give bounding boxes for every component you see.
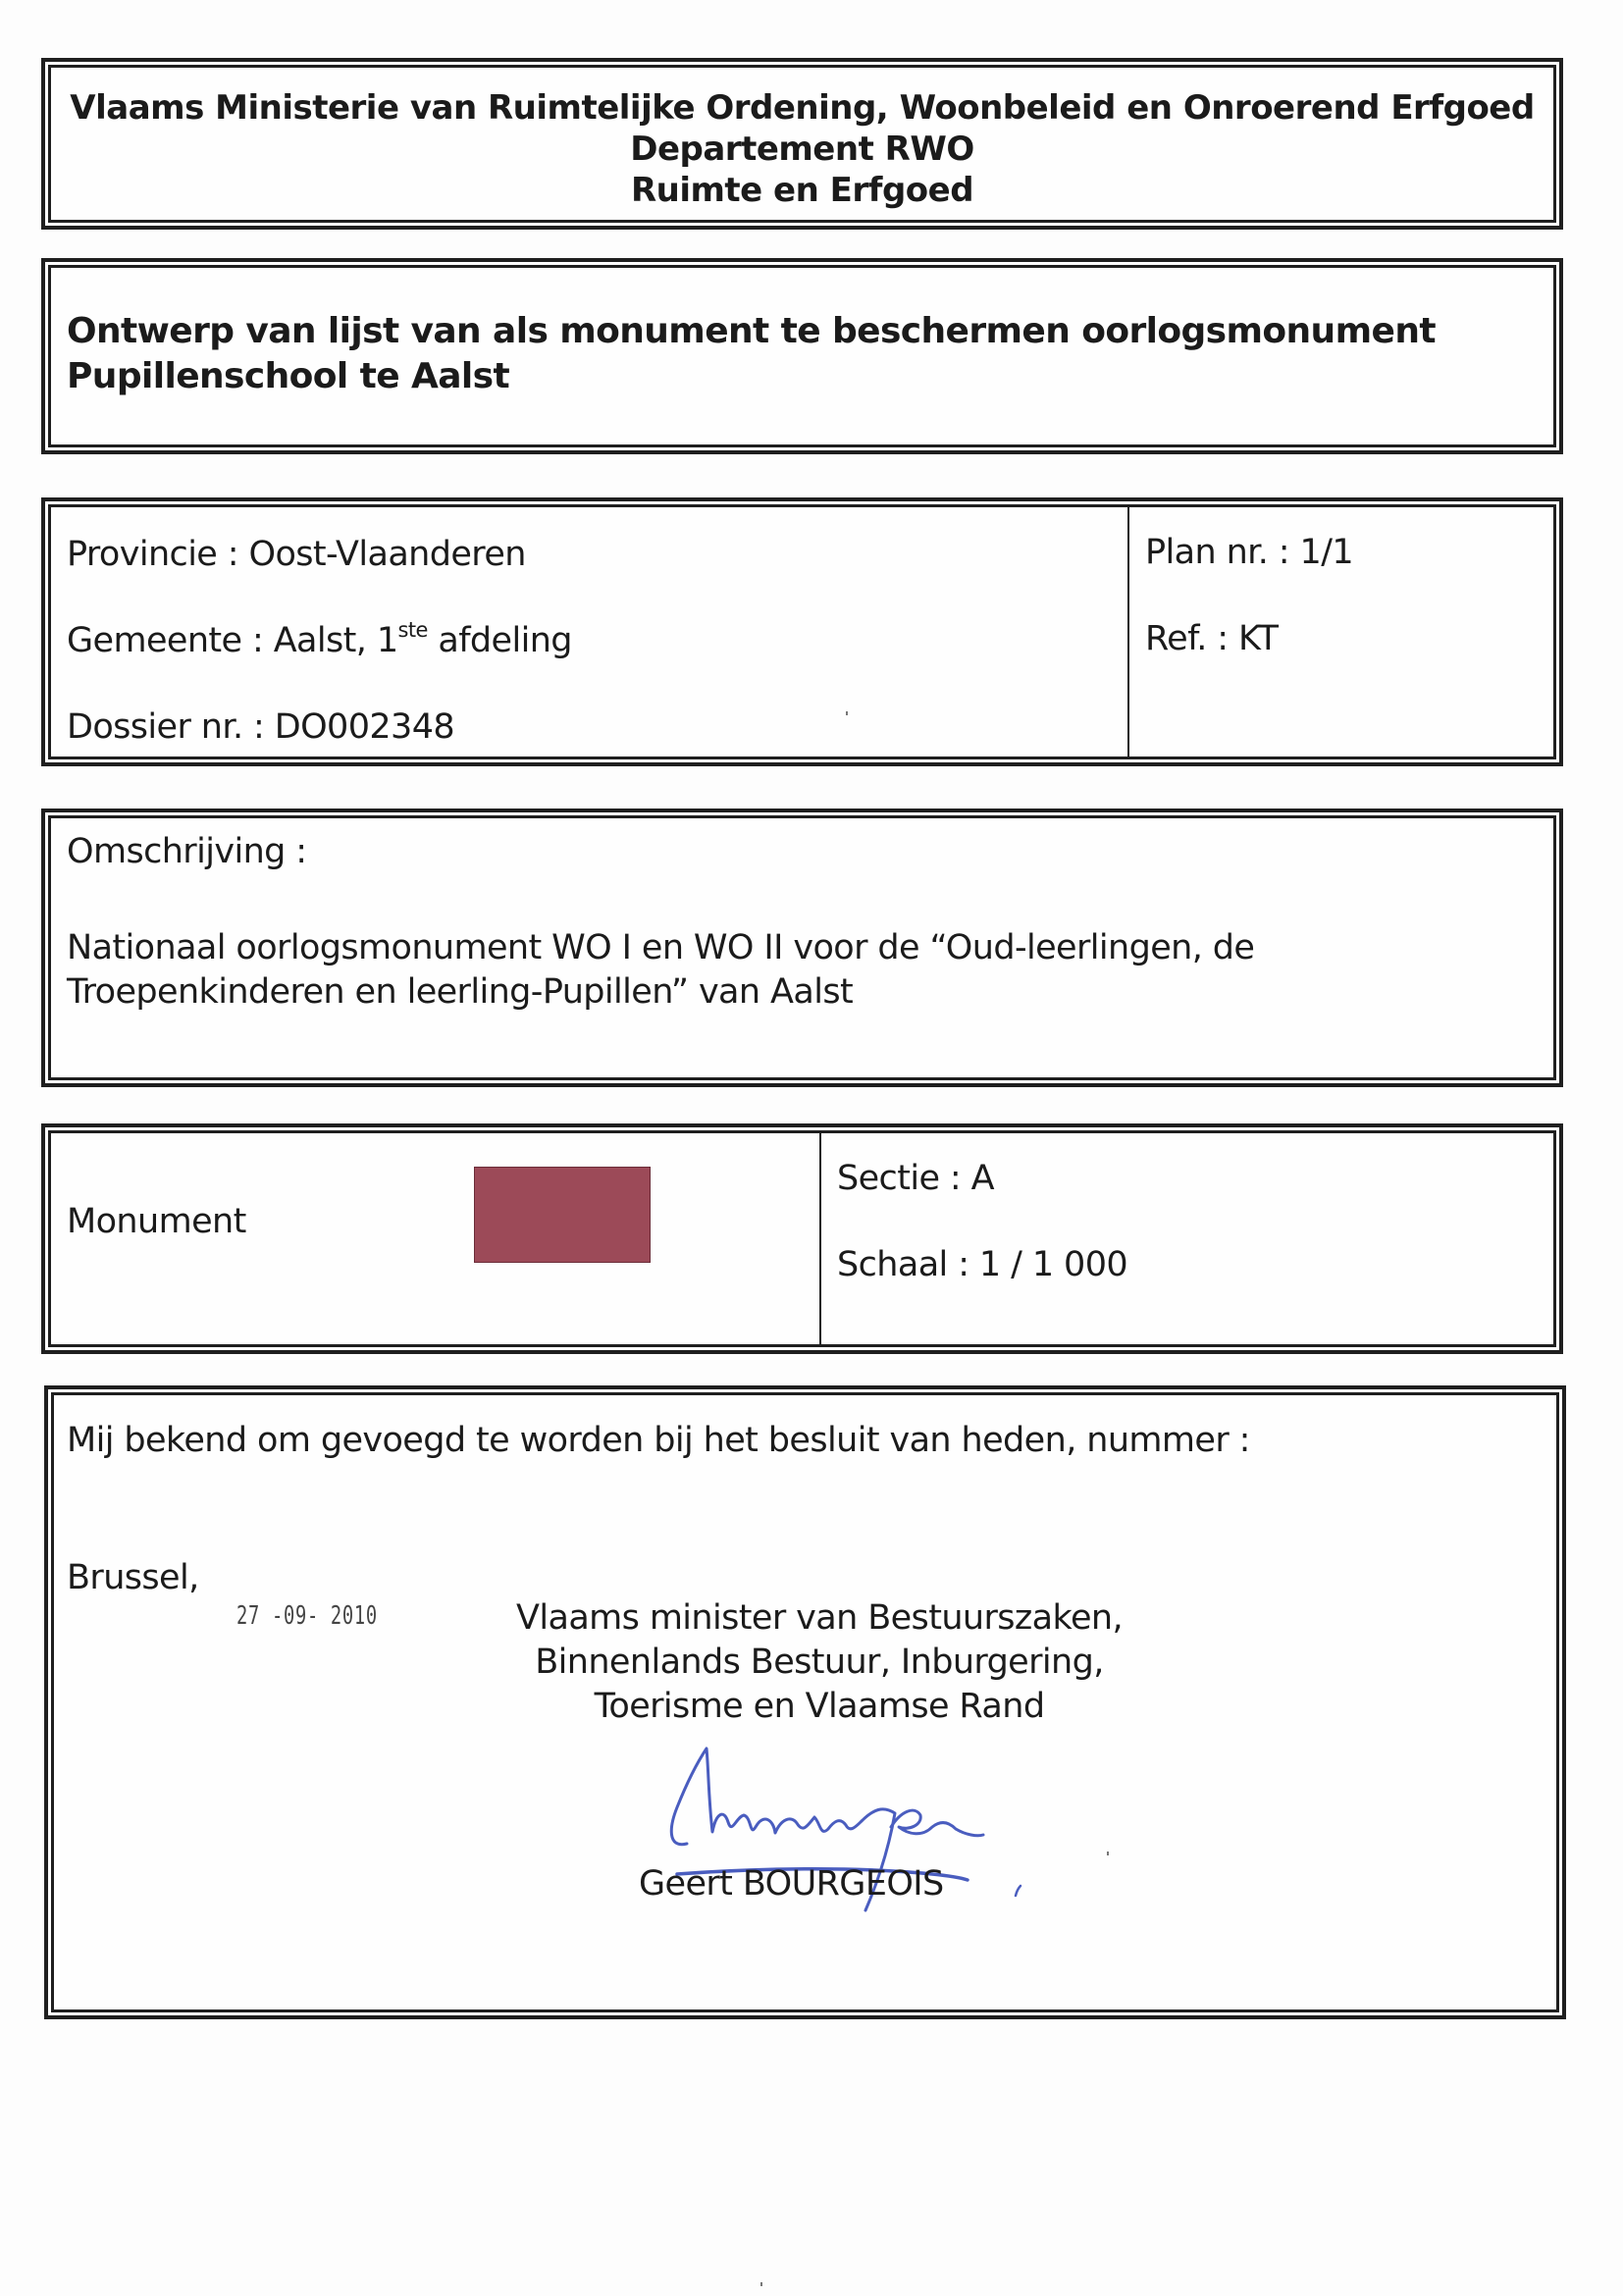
provincie-separator: : (217, 535, 248, 574)
ministry-header: Vlaams Ministerie van Ruimtelijke Ordeni… (51, 87, 1553, 211)
minister-title-line-2: Binnenlands Bestuur, Inburgering, (515, 1641, 1124, 1685)
schaal-separator: : (948, 1245, 979, 1284)
ref-separator: : (1207, 619, 1238, 658)
document-title-line-2: Pupillenschool te Aalst (67, 354, 1436, 399)
legend-column-divider (819, 1133, 821, 1344)
signing-place: Brussel, (67, 1558, 199, 1597)
description-inner-frame: Omschrijving : Nationaal oorlogsmonument… (48, 815, 1556, 1080)
schaal-value: 1 / 1 000 (979, 1245, 1127, 1284)
handwritten-signature-icon (638, 1739, 1187, 1935)
scan-speck (846, 711, 848, 715)
provincie-field: Provincie : Oost-Vlaanderen (67, 535, 526, 574)
legend-monument-label: Monument (67, 1202, 246, 1241)
dossier-field: Dossier nr. : DO002348 (67, 707, 454, 747)
minister-title: Vlaams minister van Bestuurszaken, Binne… (515, 1596, 1124, 1729)
gemeente-field: Gemeente : Aalst, 1ste afdeling (67, 621, 572, 660)
signatory-name: Geert BOURGEOIS (639, 1864, 944, 1904)
plan-separator: : (1268, 533, 1299, 572)
ref-field: Ref. : KT (1145, 619, 1278, 658)
minister-title-line-1: Vlaams minister van Bestuurszaken, (515, 1596, 1124, 1641)
info-inner-frame: Provincie : Oost-Vlaanderen Gemeente : A… (48, 504, 1556, 759)
scan-speck (1107, 1852, 1109, 1855)
description-box: Omschrijving : Nationaal oorlogsmonument… (41, 809, 1563, 1087)
gemeente-ordinal-superscript: ste (398, 618, 428, 642)
description-label: Omschrijving : (67, 832, 307, 871)
info-box: Provincie : Oost-Vlaanderen Gemeente : A… (41, 497, 1563, 766)
schaal-label: Schaal (837, 1245, 948, 1284)
minister-title-line-3: Toerisme en Vlaamse Rand (515, 1685, 1124, 1729)
document-title-line-1: Ontwerp van lijst van als monument te be… (67, 309, 1436, 354)
description-line-2: Troepenkinderen en leerling-Pupillen” va… (67, 972, 853, 1012)
sectie-field: Sectie : A (837, 1159, 994, 1198)
ministry-header-box: Vlaams Ministerie van Ruimtelijke Ordeni… (41, 58, 1563, 230)
plan-field: Plan nr. : 1/1 (1145, 533, 1353, 572)
provincie-value: Oost-Vlaanderen (249, 535, 526, 574)
signature-inner-frame: Mij bekend om gevoegd te worden bij het … (51, 1392, 1559, 2012)
document-title: Ontwerp van lijst van als monument te be… (67, 309, 1436, 399)
ref-label: Ref. (1145, 619, 1207, 658)
legend-box: Monument Sectie : A Schaal : 1 / 1 000 (41, 1123, 1563, 1354)
ministry-name: Vlaams Ministerie van Ruimtelijke Ordeni… (51, 87, 1553, 129)
document-title-box: Ontwerp van lijst van als monument te be… (41, 258, 1563, 454)
ministry-header-inner-frame: Vlaams Ministerie van Ruimtelijke Ordeni… (48, 65, 1556, 223)
provincie-label: Provincie (67, 535, 217, 574)
sectie-separator: : (939, 1159, 970, 1198)
division-name: Ruimte en Erfgoed (51, 170, 1553, 211)
gemeente-value-prefix: Aalst, 1 (274, 621, 398, 660)
date-stamp: 27 -09- 2010 (236, 1601, 378, 1631)
gemeente-label: Gemeente (67, 621, 241, 660)
sectie-label: Sectie (837, 1159, 939, 1198)
gemeente-separator: : (241, 621, 273, 660)
dossier-label: Dossier nr. (67, 707, 243, 747)
dossier-value: DO002348 (275, 707, 454, 747)
dossier-separator: : (243, 707, 275, 747)
legend-monument-swatch (474, 1167, 651, 1263)
scan-speck (760, 2282, 762, 2286)
department-name: Departement RWO (51, 129, 1553, 170)
document-title-inner-frame: Ontwerp van lijst van als monument te be… (48, 265, 1556, 447)
plan-value: 1/1 (1300, 533, 1354, 572)
description-line-1: Nationaal oorlogsmonument WO I en WO II … (67, 928, 1254, 967)
gemeente-value-suffix: afdeling (438, 621, 572, 660)
signature-box: Mij bekend om gevoegd te worden bij het … (44, 1385, 1566, 2019)
plan-label: Plan nr. (1145, 533, 1268, 572)
legend-inner-frame: Monument Sectie : A Schaal : 1 / 1 000 (48, 1130, 1556, 1347)
ref-value: KT (1238, 619, 1278, 658)
info-column-divider (1127, 507, 1129, 757)
schaal-field: Schaal : 1 / 1 000 (837, 1245, 1127, 1284)
approval-statement: Mij bekend om gevoegd te worden bij het … (67, 1421, 1250, 1460)
sectie-value: A (971, 1159, 994, 1198)
